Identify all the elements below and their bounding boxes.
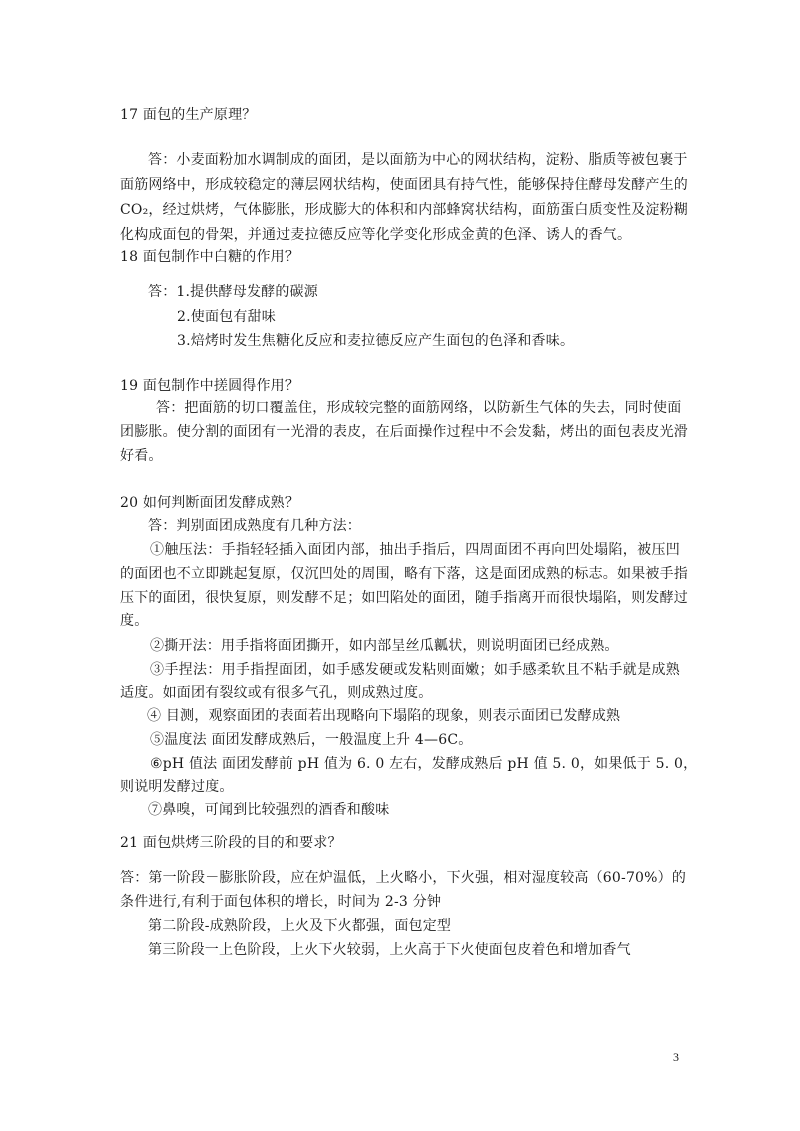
- answer-20-line-6: ②撕开法：用手指将面团撕开，如内部呈丝瓜瓤状，则说明面团已经成熟。: [150, 637, 619, 655]
- answer-20-line-9: ④ 目测，观察面团的表面若出现略向下塌陷的现象，则表示面团已发酵成熟: [147, 707, 620, 725]
- answer-21-line-4: 第三阶段一上色阶段，上火下火较弱，上火高于下火使面包皮着色和增加香气: [148, 941, 631, 959]
- answer-19-line-2: 团膨胀。使分割的面团有一光滑的表皮，在后面操作过程中不会发黏，烤出的面包表皮光滑: [120, 423, 680, 441]
- answer-20-line-7: ③手捏法：用手指捏面团，如手感发硬或发粘则面嫩；如手感柔软且不粘手就是成熟: [150, 661, 680, 679]
- answer-19-line-3: 好看。: [120, 447, 163, 465]
- question-20-heading: 20 如何判断面团发酵成熟？: [120, 494, 299, 512]
- answer-17-line-3: CO₂，经过烘烤，气体膨胀，形成膨大的体积和内部蜂窝状结构，面筋蛋白质变性及淀粉…: [120, 201, 680, 219]
- answer-17-line-4: 化构成面包的骨架，并通过麦拉德反应等化学变化形成金黄的色泽、诱人的香气。: [120, 226, 631, 244]
- answer-20-line-12: 则说明发酵过度。: [120, 778, 234, 796]
- question-19-heading: 19 面包制作中搓圆得作用？: [120, 377, 299, 395]
- answer-20-line-1: 答：判别面团成熟度有几种方法：: [148, 517, 361, 535]
- answer-20-line-4: 压下的面团，很快复原，则发酵不足；如凹陷处的面团，随手指离开而很快塌陷，则发酵过: [120, 589, 680, 607]
- answer-21-line-1: 答：第一阶段－膨胀阶段，应在炉温低，上火略小，下火强，相对湿度较高（60-70%…: [120, 869, 680, 887]
- answer-20-line-13: ⑦鼻嗅，可闻到比较强烈的酒香和酸味: [148, 801, 389, 819]
- question-18-heading: 18 面包制作中白糖的作用？: [120, 248, 299, 266]
- answer-20-line-3: 的面团也不立即跳起复原，仅沉凹处的周围，略有下落，这是面团成熟的标志。如果被手指: [120, 565, 680, 583]
- answer-20-line-11: ⑥pH 值法 面团发酵前 pH 值为 6. 0 左右，发酵成熟后 pH 值 5.…: [150, 755, 680, 773]
- answer-18-line-1: 答：1.提供酵母发酵的碳源: [148, 283, 318, 301]
- answer-17-line-2: 面筋网络中，形成较稳定的薄层网状结构，使面团具有持气性，能够保持住酵母发酵产生的: [120, 176, 680, 194]
- question-21-heading: 21 面包烘烤三阶段的目的和要求？: [120, 834, 342, 852]
- answer-18-line-3: 3.焙烤时发生焦糖化反应和麦拉德反应产生面包的色泽和香味。: [177, 332, 574, 350]
- page-number: 3: [673, 1050, 679, 1065]
- answer-20-line-10: ⑤温度法 面团发酵成熟后，一般温度上升 4—6C。: [150, 731, 472, 749]
- answer-17-line-1: 答：小麦面粉加水调制成的面团，是以面筋为中心的网状结构，淀粉、脂质等被包裹于: [148, 151, 680, 169]
- answer-19-line-1: 答：把面筋的切口覆盖住，形成较完整的面筋网络，以防新生气体的失去，同时使面: [156, 399, 680, 417]
- answer-20-line-2: ①触压法：手指轻轻插入面团内部，抽出手指后，四周面团不再向凹处塌陷，被压凹: [150, 541, 680, 559]
- answer-20-line-5: 度。: [120, 612, 148, 630]
- answer-20-line-8: 适度。如面团有裂纹或有很多气孔，则成熟过度。: [120, 684, 432, 702]
- question-17-heading: 17 面包的生产原理？: [120, 106, 256, 124]
- answer-21-line-2: 条件进行,有利于面包体积的增长，时间为 2-3 分钟: [120, 893, 441, 911]
- document-page: 17 面包的生产原理？ 答：小麦面粉加水调制成的面团，是以面筋为中心的网状结构，…: [0, 0, 800, 1131]
- answer-21-line-3: 第二阶段-成熟阶段，上火及下火都强，面包定型: [148, 917, 451, 935]
- answer-18-line-2: 2.使面包有甜味: [177, 308, 276, 326]
